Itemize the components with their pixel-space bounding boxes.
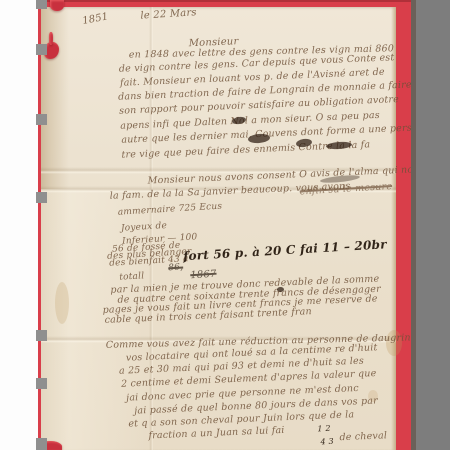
handwriting-line: 1 2 <box>317 425 331 434</box>
handwriting-line: 1851 <box>82 12 110 27</box>
checker-square <box>36 378 47 389</box>
checker-square <box>36 44 47 55</box>
handwriting-line: Joyeux de <box>121 222 168 234</box>
checker-square <box>36 192 47 203</box>
checker-square <box>36 0 47 9</box>
handwriting-line: 4 3 <box>320 438 334 447</box>
handwriting-layer: 1851le 22 MarsMonsieuren 1848 avec lettr… <box>0 0 450 450</box>
handwriting-line: 86, <box>168 264 183 274</box>
checker-square <box>36 114 47 125</box>
handwriting-line: le 22 Mars <box>140 8 197 21</box>
handwriting-line: totall <box>119 272 144 282</box>
handwriting-line: fort 56 p. à 20 C fai 11 – 20br <box>183 238 387 262</box>
checker-square <box>36 330 47 341</box>
screenshot-canvas: { "document_kind": "photograph of an 185… <box>0 0 450 450</box>
handwriting-line: ammernaire 725 Ecus <box>118 203 223 218</box>
checker-square <box>36 438 47 450</box>
right-gray-strip <box>416 0 450 450</box>
handwriting-line: de cheval <box>339 431 387 442</box>
ink-blot <box>277 287 284 292</box>
handwriting-line: fraction a un Juan sa lui fai <box>148 426 284 441</box>
